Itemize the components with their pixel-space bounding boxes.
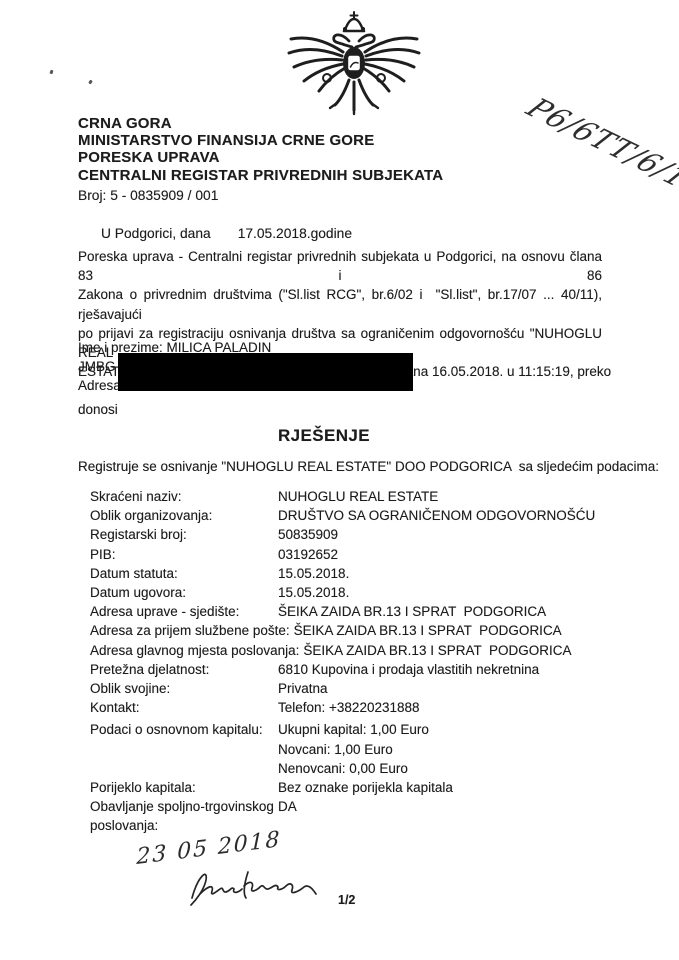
detail-label: Adresa glavnog mjesta poslovanja:	[90, 641, 303, 660]
donosi-line: donosi	[78, 402, 118, 417]
detail-value: 6810 Kupovina i prodaja vlastitih nekret…	[278, 660, 539, 679]
intro-line: Zakona o privrednim društvima ("Sl.list …	[78, 285, 602, 323]
detail-value: 50835909	[278, 525, 338, 544]
detail-label: Oblik organizovanja:	[90, 506, 278, 525]
detail-label: Oblik svojine:	[90, 679, 278, 698]
table-row: Porijeklo kapitala: Bez oznake porijekla…	[90, 778, 595, 797]
montenegro-coat-of-arms-icon	[283, 10, 425, 116]
detail-label: Registarski broj:	[90, 525, 278, 544]
org-line-central-registry: CENTRALNI REGISTAR PRIVREDNIH SUBJEKATA	[78, 167, 443, 184]
detail-label: Porijeklo kapitala:	[90, 778, 278, 797]
document-number: Broj: 5 - 0835909 / 001	[78, 187, 443, 205]
detail-label: Pretežna djelatnost:	[90, 660, 278, 679]
detail-value: ŠEIKA ZAIDA BR.13 I SPRAT PODGORICA	[303, 641, 571, 660]
details-table: Skraćeni naziv: NUHOGLU REAL ESTATE Obli…	[90, 487, 595, 836]
detail-label: PIB:	[90, 545, 278, 564]
detail-value: NUHOGLU REAL ESTATE	[278, 487, 438, 506]
detail-label: Adresa za prijem službene pošte:	[90, 621, 294, 640]
table-row: Datum ugovora: 15.05.2018.	[90, 583, 595, 602]
detail-value: DA	[278, 797, 297, 816]
detail-value: ŠEIKA ZAIDA BR.13 I SPRAT PODGORICA	[294, 621, 562, 640]
detail-label: Podaci o osnovnom kapitalu:	[90, 720, 278, 739]
handwritten-registry-note: P6/6TT/6/1	[519, 92, 679, 188]
detail-value: Ukupni kapital: 1,00 Euro Novcani: 1,00 …	[278, 720, 429, 778]
table-row: Skraćeni naziv: NUHOGLU REAL ESTATE	[90, 487, 595, 506]
table-row: Obavljanje spoljno-trgovinskog poslovanj…	[90, 797, 595, 835]
redaction-box	[118, 353, 413, 391]
org-line-tax-administration: PORESKA UPRAVA	[78, 149, 443, 166]
table-row: PIB: 03192652	[90, 545, 595, 564]
table-row: Kontakt: Telefon: +38220231888	[90, 698, 595, 717]
detail-value: 15.05.2018.	[278, 564, 349, 583]
scan-speck	[49, 70, 53, 75]
detail-value: Telefon: +38220231888	[278, 698, 420, 717]
detail-value: DRUŠTVO SA OGRANIČENOM ODGOVORNOŠĆU	[278, 506, 595, 525]
detail-value: Privatna	[278, 679, 328, 698]
detail-label: Datum statuta:	[90, 564, 278, 583]
detail-value: 03192652	[278, 545, 338, 564]
detail-value: 15.05.2018.	[278, 583, 349, 602]
detail-label: Kontakt:	[90, 698, 278, 717]
scan-speck	[88, 80, 93, 85]
org-line-country: CRNA GORA	[78, 115, 443, 132]
letterhead: CRNA GORA MINISTARSTVO FINANSIJA CRNE GO…	[78, 115, 443, 261]
table-row: Pretežna djelatnost: 6810 Kupovina i pro…	[90, 660, 595, 679]
table-row: Oblik organizovanja: DRUŠTVO SA OGRANIČE…	[90, 506, 595, 525]
document-date: 17.05.2018.godine	[238, 226, 352, 241]
detail-value: Bez oznake porijekla kapitala	[278, 778, 453, 797]
page-number: 1/2	[338, 893, 355, 907]
intro-line: Poreska uprava - Centralni registar priv…	[78, 247, 602, 285]
table-row: Adresa uprave - sjedište: ŠEIKA ZAIDA BR…	[90, 602, 595, 621]
scanned-decision-document: P6/6TT/6/1 CRNA GORA MINISTARSTVO FINANS…	[0, 0, 679, 960]
handwritten-signature-scribble	[186, 864, 336, 908]
detail-label: Skraćeni naziv:	[90, 487, 278, 506]
table-row: Registarski broj: 50835909	[90, 525, 595, 544]
table-row: Adresa glavnog mjesta poslovanja: ŠEIKA …	[90, 641, 595, 660]
detail-label: Adresa uprave - sjedište:	[90, 602, 278, 621]
place-label: U Podgorici, dana	[101, 226, 211, 241]
applicant-block: Ime i prezime: MILICA PALADIN JMBG i Adr…	[78, 338, 271, 395]
registration-statement: Registruje se osnivanje "NUHOGLU REAL ES…	[78, 459, 659, 474]
detail-label: Datum ugovora:	[90, 583, 278, 602]
table-row: Podaci o osnovnom kapitalu: Ukupni kapit…	[90, 720, 595, 778]
detail-value: ŠEIKA ZAIDA BR.13 I SPRAT PODGORICA	[278, 602, 546, 621]
org-line-ministry: MINISTARSTVO FINANSIJA CRNE GORE	[78, 132, 443, 149]
table-row: Adresa za prijem službene pošte: ŠEIKA Z…	[90, 621, 595, 640]
table-row: Datum statuta: 15.05.2018.	[90, 564, 595, 583]
table-row: Oblik svojine: Privatna	[90, 679, 595, 698]
decision-title: RJEŠENJE	[78, 426, 570, 446]
